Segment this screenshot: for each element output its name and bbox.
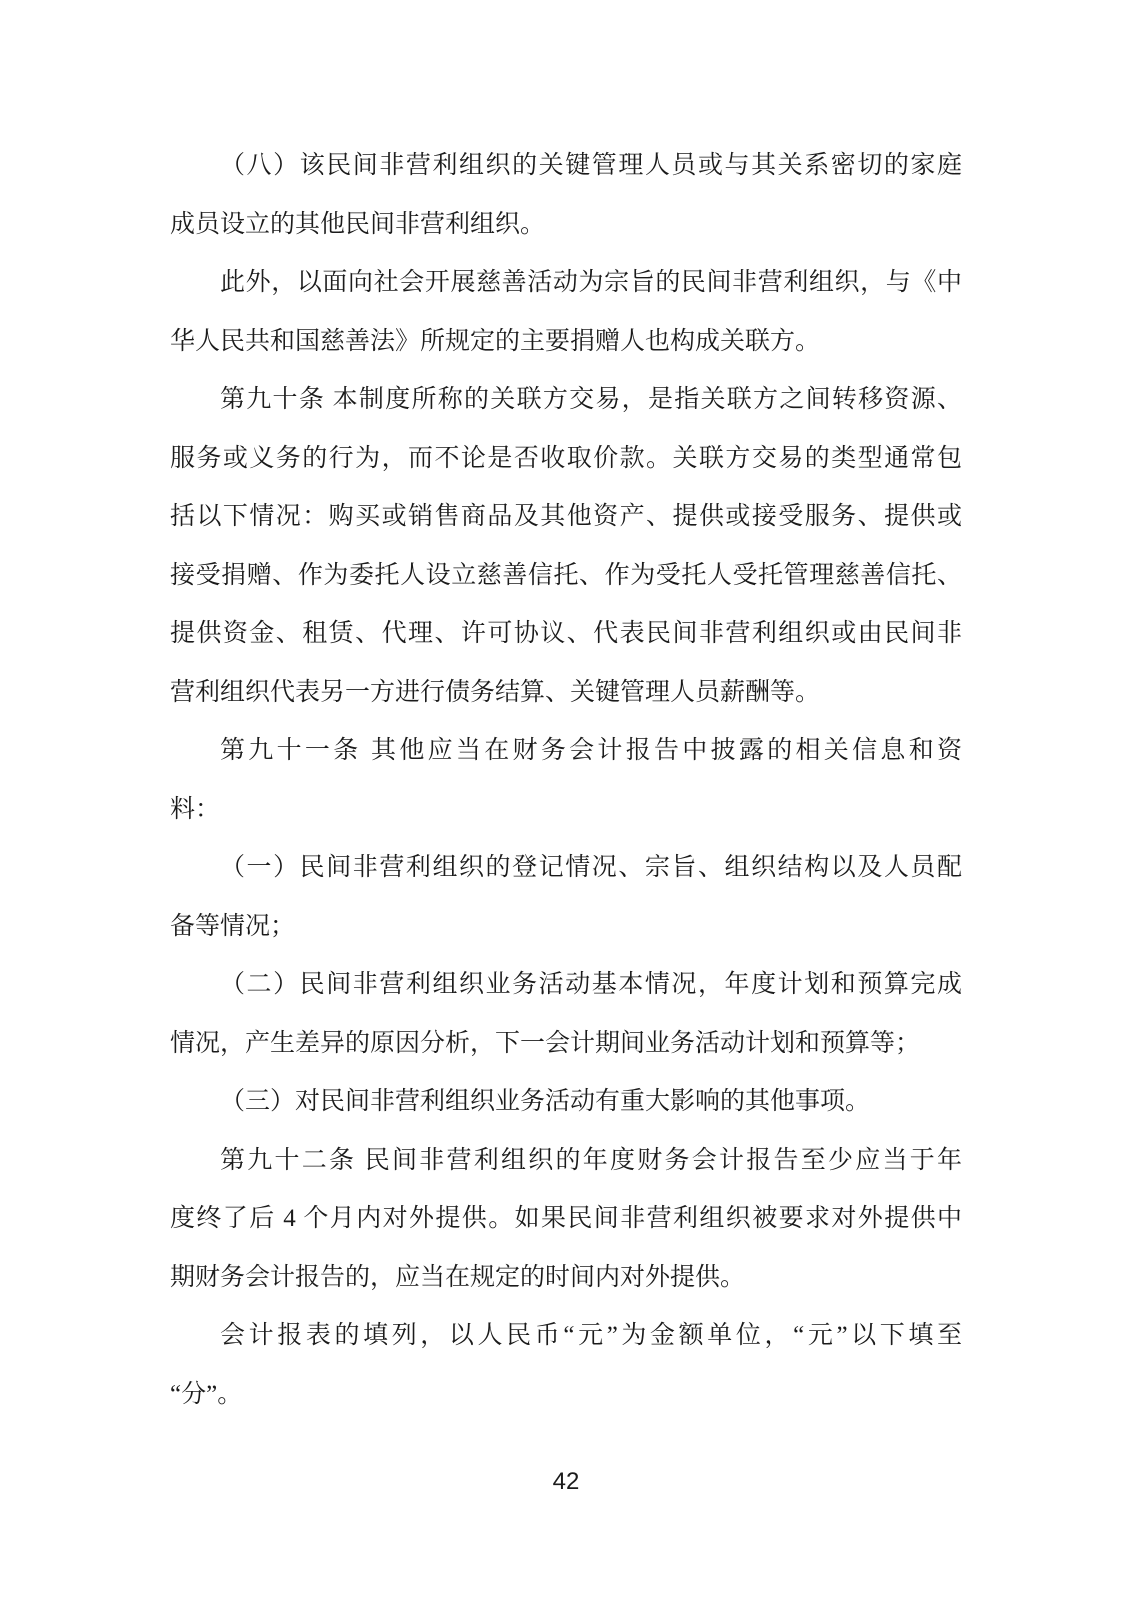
page-number: 42 xyxy=(170,1468,962,1496)
text-line: 服务或义务的行为，而不论是否收取价款。关联方交易的类型通常包 xyxy=(170,430,962,489)
text-line: 第九十条 本制度所称的关联方交易，是指关联方之间转移资源、 xyxy=(170,371,962,430)
text-line: （一）民间非营利组织的登记情况、宗旨、组织结构以及人员配 xyxy=(170,839,962,898)
text-line: 成员设立的其他民间非营利组织。 xyxy=(170,196,962,255)
text-line: （八）该民间非营利组织的关键管理人员或与其关系密切的家庭 xyxy=(170,137,962,196)
text-line: 度终了后 4 个月内对外提供。如果民间非营利组织被要求对外提供中 xyxy=(170,1190,962,1249)
text-line: 情况，产生差异的原因分析，下一会计期间业务活动计划和预算等； xyxy=(170,1015,962,1074)
text-line: 备等情况； xyxy=(170,898,962,957)
text-line: “分”。 xyxy=(170,1366,962,1425)
text-line: 营利组织代表另一方进行债务结算、关键管理人员薪酬等。 xyxy=(170,664,962,723)
text-line: 会计报表的填列，以人民币“元”为金额单位，“元”以下填至 xyxy=(170,1307,962,1366)
text-line: 括以下情况：购买或销售商品及其他资产、提供或接受服务、提供或 xyxy=(170,488,962,547)
document-page: （八）该民间非营利组织的关键管理人员或与其关系密切的家庭成员设立的其他民间非营利… xyxy=(0,0,1131,1600)
text-line: （三）对民间非营利组织业务活动有重大影响的其他事项。 xyxy=(170,1073,962,1132)
text-line: 第九十二条 民间非营利组织的年度财务会计报告至少应当于年 xyxy=(170,1132,962,1191)
document-body: （八）该民间非营利组织的关键管理人员或与其关系密切的家庭成员设立的其他民间非营利… xyxy=(170,137,962,1424)
text-line: 料： xyxy=(170,781,962,840)
text-line: 提供资金、租赁、代理、许可协议、代表民间非营利组织或由民间非 xyxy=(170,605,962,664)
text-line: 接受捐赠、作为委托人设立慈善信托、作为受托人受托管理慈善信托、 xyxy=(170,547,962,606)
text-line: 第九十一条 其他应当在财务会计报告中披露的相关信息和资 xyxy=(170,722,962,781)
text-line: 期财务会计报告的，应当在规定的时间内对外提供。 xyxy=(170,1249,962,1308)
text-line: 华人民共和国慈善法》所规定的主要捐赠人也构成关联方。 xyxy=(170,313,962,372)
text-line: （二）民间非营利组织业务活动基本情况，年度计划和预算完成 xyxy=(170,956,962,1015)
text-line: 此外，以面向社会开展慈善活动为宗旨的民间非营利组织，与《中 xyxy=(170,254,962,313)
